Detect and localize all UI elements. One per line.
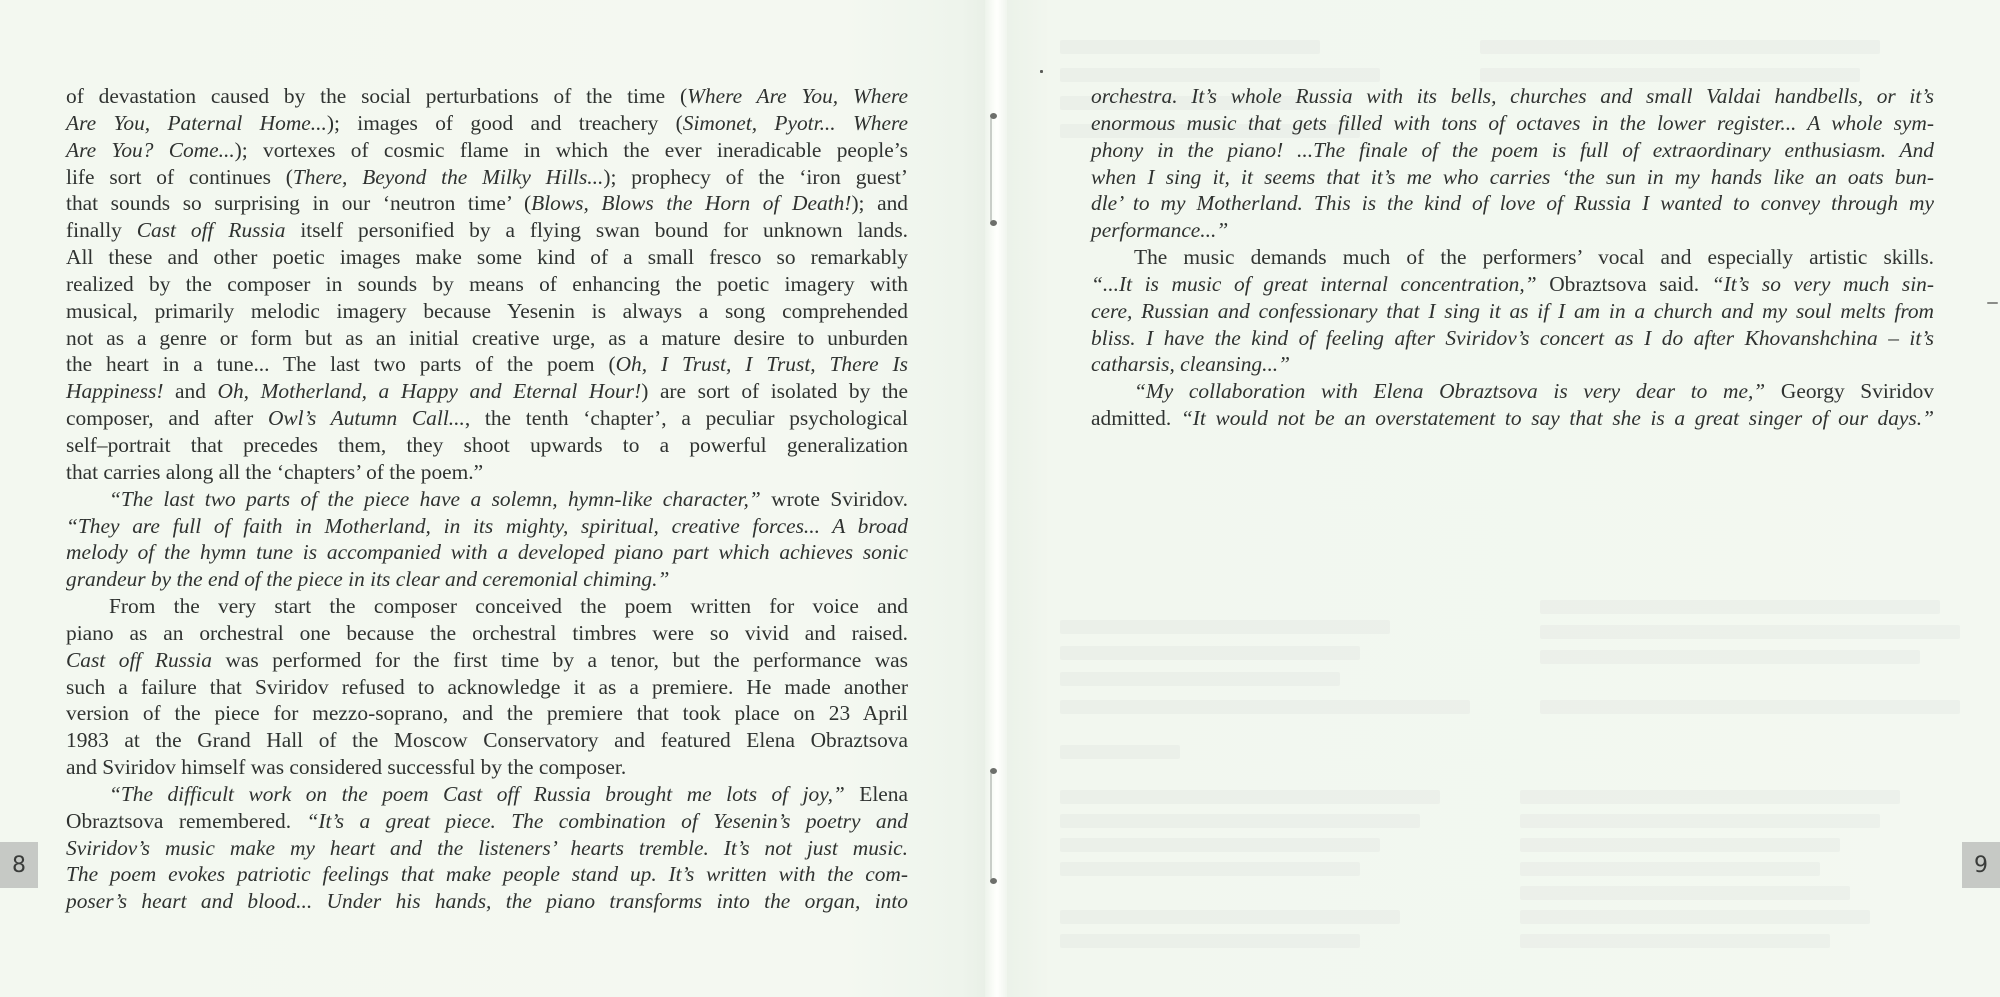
staple-end bbox=[990, 220, 997, 226]
text-line: and Sviridov himself was considered succ… bbox=[66, 754, 908, 781]
text-line: phony in the piano! ...The finale of the… bbox=[1091, 137, 1934, 164]
bottom-staple bbox=[990, 771, 998, 881]
paper-speck bbox=[1040, 70, 1043, 73]
italic-text: Oh, I Trust, I Trust, There Is bbox=[616, 352, 908, 376]
text-line: “The last two parts of the piece have a … bbox=[66, 486, 908, 513]
text: wrote Sviridov. bbox=[761, 487, 908, 511]
text: version of the piece for mezzo-soprano, … bbox=[66, 701, 908, 725]
text-line: that carries along all the ‘chapters’ of… bbox=[66, 459, 908, 486]
italic-text: “The difficult work on the poem Cast off… bbox=[109, 782, 845, 806]
text-line: melody of the hymn tune is accompanied w… bbox=[66, 539, 908, 566]
bleed-through-line bbox=[1060, 814, 1420, 828]
italic-text: Are You? Come... bbox=[66, 138, 235, 162]
text: ); and bbox=[851, 191, 908, 215]
text: the heart in a tune... The last two part… bbox=[66, 352, 616, 376]
text-line: Are You? Come...); vortexes of cosmic fl… bbox=[66, 137, 908, 164]
text-line: Cast off Russia was performed for the fi… bbox=[66, 647, 908, 674]
page-number: 9 bbox=[1974, 853, 1988, 878]
italic-text: Blows, Blows the Horn of Death! bbox=[531, 191, 851, 215]
bleed-through-line bbox=[1540, 600, 1940, 614]
bleed-through-line bbox=[1060, 838, 1380, 852]
bleed-through-line bbox=[1060, 40, 1320, 54]
bleed-through-line bbox=[1060, 790, 1440, 804]
italic-text: poser’s heart and blood... Under his han… bbox=[66, 889, 908, 913]
text: itself personified by a flying swan boun… bbox=[285, 218, 908, 242]
text: realized by the composer in sounds by me… bbox=[66, 272, 908, 296]
text: was performed for the first time by a te… bbox=[212, 648, 908, 672]
text-line: Happiness! and Oh, Motherland, a Happy a… bbox=[66, 378, 908, 405]
text: self–portrait that precedes them, they s… bbox=[66, 433, 908, 457]
italic-text: Sviridov’s music make my heart and the l… bbox=[66, 836, 908, 860]
bleed-through-line bbox=[1520, 862, 1820, 876]
text-line: The poem evokes patriotic feelings that … bbox=[66, 861, 908, 888]
text-line: dle’ to my Motherland. This is the kind … bbox=[1091, 190, 1934, 217]
bleed-through-line bbox=[1060, 646, 1360, 660]
bleed-through-line bbox=[1060, 68, 1380, 82]
text-line: Are You, Paternal Home...); images of go… bbox=[66, 110, 908, 137]
text: admitted. bbox=[1091, 406, 1181, 430]
text: , the tenth ‘chapter’, a peculiar psycho… bbox=[465, 406, 908, 430]
bleed-through-line bbox=[1520, 934, 1830, 948]
italic-text: “My collaboration with Elena Obraztsova … bbox=[1134, 379, 1765, 403]
bleed-through-line bbox=[1060, 862, 1360, 876]
text: Elena bbox=[845, 782, 908, 806]
text-line: composer, and after Owl’s Autumn Call...… bbox=[66, 405, 908, 432]
page-number-tab-right: 9 bbox=[1962, 842, 2000, 888]
text-line: musical, primarily melodic imagery becau… bbox=[66, 298, 908, 325]
text: that carries along all the ‘chapters’ of… bbox=[66, 460, 483, 484]
text-line: “...It is music of great internal concen… bbox=[1091, 271, 1934, 298]
text: that sounds so surprising in our ‘neutro… bbox=[66, 191, 531, 215]
bleed-through-line bbox=[1060, 745, 1180, 759]
italic-text: “...It is music of great internal concen… bbox=[1091, 272, 1537, 296]
text: musical, primarily melodic imagery becau… bbox=[66, 299, 908, 323]
text: 1983 at the Grand Hall of the Moscow Con… bbox=[66, 728, 908, 752]
italic-text: dle’ to my Motherland. This is the kind … bbox=[1091, 191, 1934, 215]
text: ) are sort of isolated by the bbox=[641, 379, 908, 403]
bleed-through-line bbox=[1060, 934, 1360, 948]
italic-text: cere, Russian and confessionary that I s… bbox=[1091, 299, 1934, 323]
text: finally bbox=[66, 218, 137, 242]
text-line: life sort of continues (There, Beyond th… bbox=[66, 164, 908, 191]
text: ); prophecy of the ‘iron guest’ bbox=[603, 165, 908, 189]
text: not as a genre or form but as an initial… bbox=[66, 326, 908, 350]
italic-text: phony in the piano! ...The finale of the… bbox=[1091, 138, 1934, 162]
text-line: 1983 at the Grand Hall of the Moscow Con… bbox=[66, 727, 908, 754]
staple-end bbox=[990, 768, 997, 774]
text-line: realized by the composer in sounds by me… bbox=[66, 271, 908, 298]
italic-text: orchestra. It’s whole Russia with its be… bbox=[1091, 84, 1934, 108]
text-line: Obraztsova remembered. “It’s a great pie… bbox=[66, 808, 908, 835]
bleed-through-line bbox=[1540, 650, 1920, 664]
text-line: From the very start the composer conceiv… bbox=[66, 593, 908, 620]
top-staple bbox=[990, 116, 998, 223]
text-line: of devastation caused by the social pert… bbox=[66, 83, 908, 110]
italic-text: catharsis, cleansing...” bbox=[1091, 352, 1290, 376]
italic-text: Are You, Paternal Home... bbox=[66, 111, 327, 135]
text-line: “My collaboration with Elena Obraztsova … bbox=[1091, 378, 1934, 405]
text: life sort of continues ( bbox=[66, 165, 293, 189]
text-line: when I sing it, it seems that it’s me wh… bbox=[1091, 164, 1934, 191]
italic-text: grandeur by the end of the piece in its … bbox=[66, 567, 669, 591]
text: of devastation caused by the social pert… bbox=[66, 84, 687, 108]
text: The music demands much of the performers… bbox=[1134, 245, 1934, 269]
text-line: catharsis, cleansing...” bbox=[1091, 351, 1934, 378]
text-line: bliss. I have the kind of feeling after … bbox=[1091, 325, 1934, 352]
bleed-through-line bbox=[1060, 672, 1340, 686]
italic-text: Cast off Russia bbox=[66, 648, 212, 672]
italic-text: “It would not be an overstatement to say… bbox=[1181, 406, 1934, 430]
text-line: All these and other poetic images make s… bbox=[66, 244, 908, 271]
text: composer, and after bbox=[66, 406, 268, 430]
text-line: such a failure that Sviridov refused to … bbox=[66, 674, 908, 701]
bleed-through-line bbox=[1480, 68, 1860, 82]
text-line: cere, Russian and confessionary that I s… bbox=[1091, 298, 1934, 325]
italic-text: “It’s so very much sin- bbox=[1712, 272, 1934, 296]
text-line: performance...” bbox=[1091, 217, 1934, 244]
text-line: The music demands much of the performers… bbox=[1091, 244, 1934, 271]
text-line: not as a genre or form but as an initial… bbox=[66, 325, 908, 352]
bleed-through-line bbox=[1520, 886, 1850, 900]
text-line: finally Cast off Russia itself personifi… bbox=[66, 217, 908, 244]
text-line: poser’s heart and blood... Under his han… bbox=[66, 888, 908, 915]
italic-text: The poem evokes patriotic feelings that … bbox=[66, 862, 908, 886]
italic-text: “The last two parts of the piece have a … bbox=[109, 487, 761, 511]
bleed-through-line bbox=[1060, 910, 1400, 924]
text: All these and other poetic images make s… bbox=[66, 245, 908, 269]
text: Obraztsova remembered. bbox=[66, 809, 306, 833]
italic-text: Oh, Motherland, a Happy and Eternal Hour… bbox=[218, 379, 642, 403]
text-line: orchestra. It’s whole Russia with its be… bbox=[1091, 83, 1934, 110]
text: ); vortexes of cosmic flame in which the… bbox=[235, 138, 908, 162]
italic-text: melody of the hymn tune is accompanied w… bbox=[66, 540, 908, 564]
text: From the very start the composer conceiv… bbox=[109, 594, 908, 618]
text-line: self–portrait that precedes them, they s… bbox=[66, 432, 908, 459]
italic-text: There, Beyond the Milky Hills... bbox=[293, 165, 603, 189]
text: such a failure that Sviridov refused to … bbox=[66, 675, 908, 699]
right-text-column: orchestra. It’s whole Russia with its be… bbox=[1091, 83, 1934, 432]
italic-text: “It’s a great piece. The combination of … bbox=[306, 809, 908, 833]
text: and bbox=[163, 379, 217, 403]
text: ); images of good and treachery ( bbox=[327, 111, 683, 135]
staple-end bbox=[990, 878, 997, 884]
italic-text: performance...” bbox=[1091, 218, 1228, 242]
staple-end bbox=[990, 113, 997, 119]
left-text-column: of devastation caused by the social pert… bbox=[66, 83, 908, 915]
italic-text: Cast off Russia bbox=[137, 218, 286, 242]
bleed-through-line bbox=[1480, 40, 1880, 54]
italic-text: “They are full of faith in Motherland, i… bbox=[66, 514, 908, 538]
text: Obraztsova said. bbox=[1537, 272, 1712, 296]
page-number-tab-left: 8 bbox=[0, 842, 38, 888]
bleed-through-line bbox=[1520, 814, 1880, 828]
text-line: Sviridov’s music make my heart and the l… bbox=[66, 835, 908, 862]
text-line: “The difficult work on the poem Cast off… bbox=[66, 781, 908, 808]
text-line: grandeur by the end of the piece in its … bbox=[66, 566, 908, 593]
italic-text: bliss. I have the kind of feeling after … bbox=[1091, 326, 1934, 350]
text-line: the heart in a tune... The last two part… bbox=[66, 351, 908, 378]
italic-text: when I sing it, it seems that it’s me wh… bbox=[1091, 165, 1934, 189]
text-line: enormous music that gets filled with ton… bbox=[1091, 110, 1934, 137]
text-line: version of the piece for mezzo-soprano, … bbox=[66, 700, 908, 727]
bleed-through-line bbox=[1540, 625, 1960, 639]
bleed-through-line bbox=[1540, 700, 1960, 714]
text-line: “They are full of faith in Motherland, i… bbox=[66, 513, 908, 540]
italic-text: Simonet, Pyotr... Where bbox=[683, 111, 908, 135]
text: Georgy Sviridov bbox=[1765, 379, 1934, 403]
paper-mark bbox=[1987, 302, 1998, 304]
text-line: piano as an orchestral one because the o… bbox=[66, 620, 908, 647]
text: piano as an orchestral one because the o… bbox=[66, 621, 908, 645]
italic-text: Where Are You, Where bbox=[687, 84, 908, 108]
bleed-through-line bbox=[1520, 910, 1870, 924]
bleed-through-line bbox=[1520, 790, 1900, 804]
page-number: 8 bbox=[12, 853, 26, 878]
text-line: admitted. “It would not be an overstatem… bbox=[1091, 405, 1934, 432]
bleed-through-line bbox=[1060, 620, 1390, 634]
italic-text: Owl’s Autumn Call... bbox=[268, 406, 465, 430]
text-line: that sounds so surprising in our ‘neutro… bbox=[66, 190, 908, 217]
text: and Sviridov himself was considered succ… bbox=[66, 755, 626, 779]
italic-text: Happiness! bbox=[66, 379, 163, 403]
italic-text: enormous music that gets filled with ton… bbox=[1091, 111, 1934, 135]
bleed-through-line bbox=[1060, 700, 1470, 714]
bleed-through-line bbox=[1520, 838, 1840, 852]
